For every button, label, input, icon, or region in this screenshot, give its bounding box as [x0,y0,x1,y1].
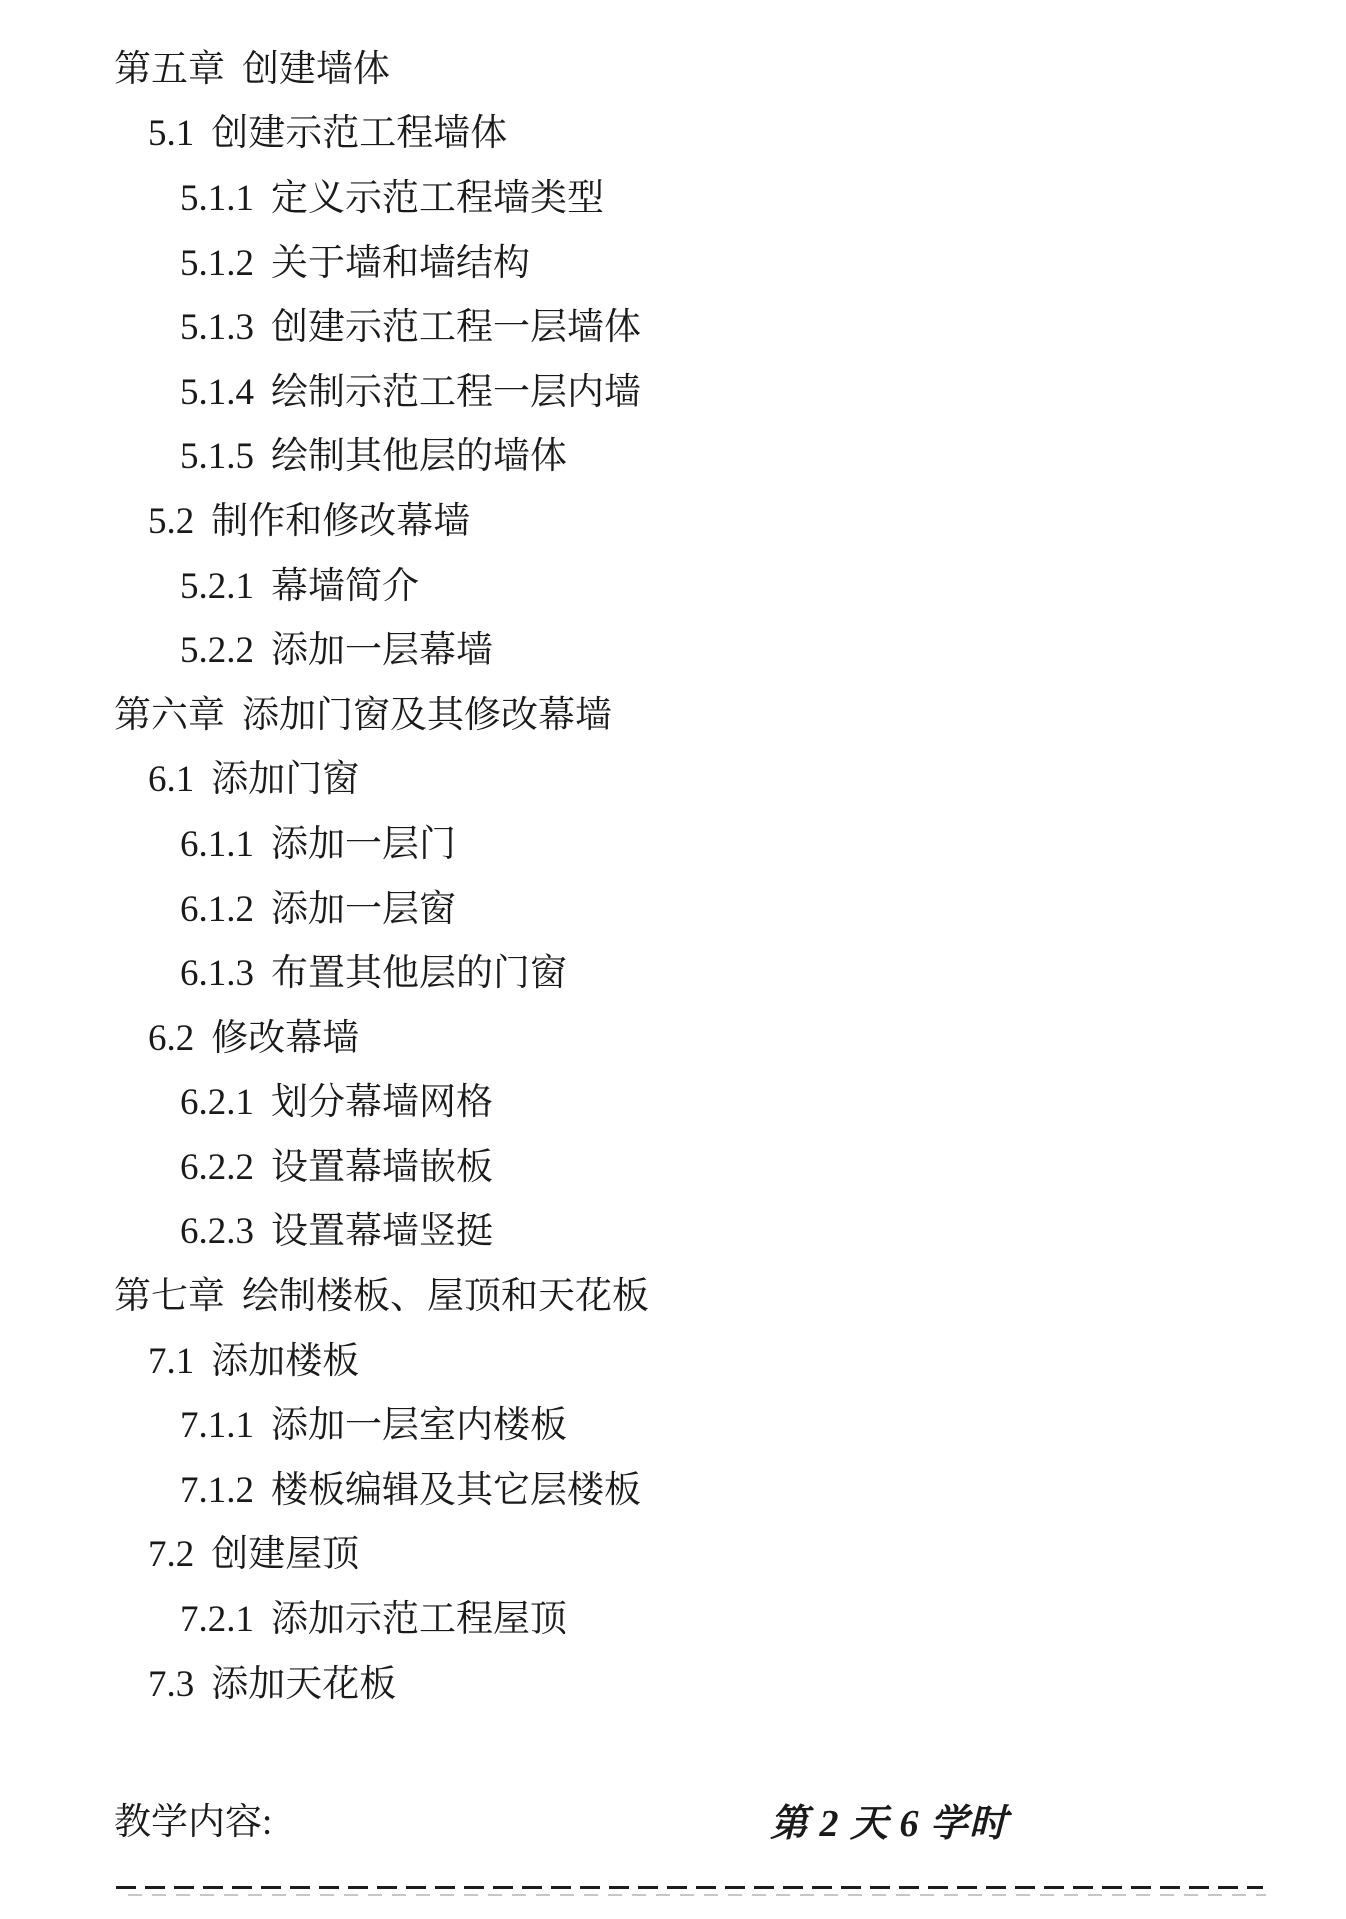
toc-line-number: 7.2.1 [180,1601,254,1638]
toc-line-number: 5.2.2 [180,632,254,669]
toc-line: 7.3 添加天花板 [0,1652,1346,1717]
toc-line-number: 5.1.1 [180,180,254,217]
toc-line: 6.2.2 设置幕墙嵌板 [0,1135,1346,1200]
toc-line-number: 5.1.2 [180,245,254,282]
toc-line-title: 创建屋顶 [211,1536,359,1573]
toc-line: 6.1.3 布置其他层的门窗 [0,941,1346,1006]
document-page: 第五章 创建墙体 5.1 创建示范工程墙体 5.1.1 定义示范工程墙类型 5.… [0,0,1346,1919]
toc-line-number: 第六章 [114,697,225,734]
toc-line-number: 6.1.2 [180,891,254,928]
toc-line-number: 7.1.1 [180,1407,254,1444]
toc-line: 6.1.1 添加一层门 [0,812,1346,877]
toc-line: 5.1.4 绘制示范工程一层内墙 [0,360,1346,425]
toc-line: 7.1.2 楼板编辑及其它层楼板 [0,1458,1346,1523]
toc-line-number: 5.1.3 [180,309,254,346]
toc-line-title: 定义示范工程墙类型 [271,180,604,217]
dashed-divider [116,1886,1263,1889]
toc-line-title: 创建示范工程墙体 [211,115,507,152]
toc-line-number: 第七章 [114,1278,225,1315]
toc-line: 6.2.3 设置幕墙竖挺 [0,1200,1346,1265]
toc-line-number: 第五章 [114,51,225,88]
toc-line-number: 6.1 [148,761,194,798]
toc-line-number: 6.2.2 [180,1149,254,1186]
toc-line-title: 绘制其他层的墙体 [271,438,567,475]
toc-line: 7.1.1 添加一层室内楼板 [0,1393,1346,1458]
toc-line-number: 7.2 [148,1536,194,1573]
toc-line-number: 6.1.3 [180,955,254,992]
toc-line: 5.2 制作和修改幕墙 [0,489,1346,554]
teaching-content-label: 教学内容: [114,1804,272,1841]
toc-line-number: 6.2.1 [180,1084,254,1121]
toc-line-number: 5.1.5 [180,438,254,475]
toc-line: 5.2.1 幕墙简介 [0,554,1346,619]
toc-line-title: 布置其他层的门窗 [271,955,567,992]
toc-line-number: 5.1.4 [180,374,254,411]
toc-line-title: 添加一层门 [271,826,456,863]
toc-line-title: 制作和修改幕墙 [211,503,470,540]
toc-line-title: 添加天花板 [211,1666,396,1703]
toc-line: 第六章 添加门窗及其修改幕墙 [0,683,1346,748]
toc-line: 5.1.3 创建示范工程一层墙体 [0,295,1346,360]
toc-line: 5.1.5 绘制其他层的墙体 [0,425,1346,490]
toc-line-number: 5.2.1 [180,568,254,605]
toc-line-title: 添加一层室内楼板 [271,1407,567,1444]
toc-line-title: 绘制楼板、屋顶和天花板 [242,1278,649,1315]
toc-line-title: 添加门窗 [211,761,359,798]
toc-line-title: 创建示范工程一层墙体 [271,309,641,346]
toc-line: 6.1 添加门窗 [0,748,1346,813]
toc-line-number: 7.1 [148,1343,194,1380]
toc-line-number: 6.2 [148,1020,194,1057]
toc-line-title: 幕墙简介 [271,568,419,605]
dashed-divider-echo [128,1894,1266,1896]
toc-line-title: 创建墙体 [242,51,390,88]
toc-line: 6.2 修改幕墙 [0,1006,1346,1071]
toc-line: 7.2.1 添加示范工程屋顶 [0,1587,1346,1652]
toc-line: 5.1.2 关于墙和墙结构 [0,231,1346,296]
toc-line-title: 添加一层窗 [271,891,456,928]
toc-line-title: 添加示范工程屋顶 [271,1601,567,1638]
toc-line-title: 添加楼板 [211,1343,359,1380]
toc-line-title: 设置幕墙竖挺 [271,1213,493,1250]
toc-line: 7.1 添加楼板 [0,1329,1346,1394]
table-of-contents: 第五章 创建墙体 5.1 创建示范工程墙体 5.1.1 定义示范工程墙类型 5.… [0,37,1346,1716]
toc-line-title: 关于墙和墙结构 [271,245,530,282]
toc-line: 第五章 创建墙体 [0,37,1346,102]
schedule-label: 第 2 天 6 学时 [770,1805,1008,1843]
toc-line: 6.2.1 划分幕墙网格 [0,1071,1346,1136]
toc-line-title: 划分幕墙网格 [271,1084,493,1121]
toc-line-number: 7.1.2 [180,1472,254,1509]
toc-line-title: 添加门窗及其修改幕墙 [242,697,612,734]
toc-line-title: 绘制示范工程一层内墙 [271,374,641,411]
toc-line-number: 5.1 [148,115,194,152]
toc-line: 5.2.2 添加一层幕墙 [0,618,1346,683]
toc-line-title: 楼板编辑及其它层楼板 [271,1472,641,1509]
toc-line-number: 7.3 [148,1666,194,1703]
toc-line: 第七章 绘制楼板、屋顶和天花板 [0,1264,1346,1329]
toc-line-title: 设置幕墙嵌板 [271,1149,493,1186]
toc-line: 6.1.2 添加一层窗 [0,877,1346,942]
toc-line: 5.1 创建示范工程墙体 [0,102,1346,167]
toc-line-number: 5.2 [148,503,194,540]
toc-line-title: 修改幕墙 [211,1020,359,1057]
toc-line-title: 添加一层幕墙 [271,632,493,669]
toc-line: 7.2 创建屋顶 [0,1523,1346,1588]
toc-line-number: 6.1.1 [180,826,254,863]
toc-line: 5.1.1 定义示范工程墙类型 [0,166,1346,231]
toc-line-number: 6.2.3 [180,1213,254,1250]
